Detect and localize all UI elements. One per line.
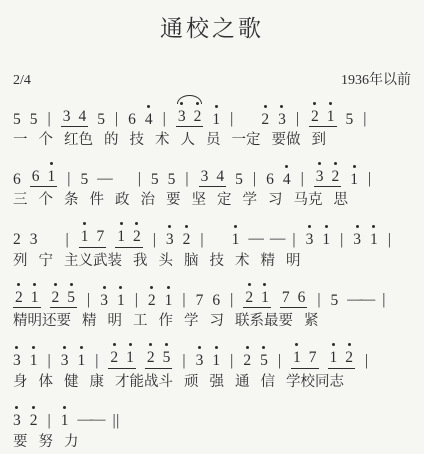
- note-number: 6: [128, 111, 136, 128]
- lyric-syllable: 技: [130, 132, 145, 149]
- lyrics-line: 精明还要精明工作学习联系最要紧: [13, 313, 411, 330]
- barline: |: [181, 353, 186, 369]
- lyric-syllable: 信: [261, 374, 276, 391]
- note-number: 5: [346, 111, 354, 128]
- note: 3: [306, 232, 314, 248]
- note: 6: [298, 290, 306, 306]
- octave-dot: [198, 346, 201, 349]
- note: 2: [243, 353, 251, 369]
- octave-dot: [113, 343, 116, 346]
- octave-dot: [15, 406, 18, 409]
- octave-dot: [32, 346, 35, 349]
- octave-dot: [356, 225, 359, 228]
- lyric-syllable: 顽: [184, 374, 199, 391]
- lyric-syllable: 努: [39, 434, 54, 451]
- octave-dot: [353, 165, 356, 168]
- sheet-music-page: 通校之歌 2/4 1936年以前 55|345|64|321|23|215|一个…: [0, 0, 424, 451]
- system: 661|5—|55|345|64|321|三个条件政治要坚定学习马克思: [13, 157, 411, 209]
- lyric-syllable: 习: [268, 192, 283, 209]
- octave-dot: [70, 283, 73, 286]
- barline: |: [300, 171, 305, 187]
- octave-dot: [185, 225, 188, 228]
- note: 3: [63, 109, 71, 125]
- note: 6: [13, 172, 21, 188]
- note-number: 1: [61, 412, 69, 429]
- duration-dash-long: ——: [77, 412, 102, 429]
- duration-dash: —: [97, 171, 110, 188]
- barline: |: [229, 292, 234, 308]
- octave-dot: [248, 283, 251, 286]
- note: 7: [96, 229, 104, 245]
- octave-dot: [17, 283, 20, 286]
- notes-line: 661|5—|55|345|64|321|: [13, 157, 411, 187]
- lyric-syllable: 主义武装: [64, 253, 122, 270]
- barline: |: [86, 292, 91, 308]
- duration-dash-long: ——: [347, 292, 372, 309]
- note: 5: [67, 290, 75, 306]
- octave-dot: [215, 346, 218, 349]
- note-number: 1: [126, 349, 134, 366]
- note-number: 3: [166, 231, 174, 248]
- notes-line: 32|1——||: [13, 399, 411, 429]
- note: 4: [216, 169, 224, 185]
- note-number: 1: [165, 292, 173, 309]
- octave-dot: [334, 162, 337, 165]
- note-number: 3: [63, 108, 71, 125]
- lyric-syllable: 列: [13, 253, 28, 270]
- octave-dot: [150, 286, 153, 289]
- note: 7: [282, 290, 290, 306]
- lyric-syllable: 马克: [294, 192, 323, 209]
- octave-dot: [33, 283, 36, 286]
- note: 3: [316, 169, 324, 185]
- lyric-syllable: 的: [104, 132, 119, 149]
- lyric-syllable: 康: [90, 374, 105, 391]
- beam-group: 17: [291, 350, 319, 369]
- beam-group: 21: [243, 290, 271, 309]
- barline: |: [162, 111, 167, 127]
- note-number: 5: [163, 349, 171, 366]
- note: 5: [13, 112, 21, 128]
- note: 2: [183, 232, 191, 248]
- note: 5: [260, 353, 268, 369]
- lyrics-line: 一个红色的技术人员一定要做到: [13, 132, 411, 149]
- note-number: 1: [212, 352, 220, 369]
- lyric-syllable: 红色: [64, 132, 93, 149]
- barline: |: [229, 111, 234, 127]
- system: 55|345|64|321|23|215|一个红色的技术人员一定要做到: [13, 97, 411, 149]
- octave-dot: [168, 225, 171, 228]
- note: 1: [232, 232, 240, 248]
- lyric-syllable: 脑: [184, 253, 199, 270]
- octave-dot: [285, 165, 288, 168]
- note-number: 2: [30, 412, 38, 429]
- note-number: 6: [266, 171, 274, 188]
- lyric-syllable: 才能战斗: [115, 374, 173, 391]
- duration-dash: —: [270, 231, 283, 248]
- note-number: 5: [260, 352, 268, 369]
- barline: |: [387, 232, 392, 248]
- note-number: 2: [261, 111, 269, 128]
- note-number: 5: [151, 171, 159, 188]
- note: 1: [117, 229, 125, 245]
- note: 5: [30, 112, 38, 128]
- note-number: 7: [282, 289, 290, 306]
- note-number: 4: [78, 108, 86, 125]
- song-title: 通校之歌: [13, 10, 411, 43]
- lyric-syllable: 坚: [192, 192, 207, 209]
- note: 6: [266, 172, 274, 188]
- note: 1: [117, 293, 125, 309]
- note-number: 1: [293, 349, 301, 366]
- lyric-syllable: 精: [82, 313, 97, 330]
- duration-dash: —: [248, 231, 261, 248]
- lyric-syllable: 健: [64, 374, 79, 391]
- note-number: 1: [232, 231, 240, 248]
- note-number: 3: [13, 412, 21, 429]
- note-number: 5: [97, 111, 105, 128]
- lyric-syllable: 体: [39, 374, 54, 391]
- octave-dot: [103, 286, 106, 289]
- octave-dot: [263, 283, 266, 286]
- note-number: 1: [212, 111, 220, 128]
- note: 4: [145, 112, 153, 128]
- note: 1: [126, 350, 134, 366]
- barline: |: [381, 292, 386, 308]
- note: 1: [370, 232, 378, 248]
- slur-arc: [177, 95, 203, 104]
- lyric-syllable: 术: [235, 253, 250, 270]
- note-number: 6: [212, 292, 220, 309]
- note: 2: [52, 290, 60, 306]
- lyric-syllable: 条: [64, 192, 79, 209]
- barline: |: [277, 353, 282, 369]
- octave-dot: [165, 343, 168, 346]
- note: 1: [212, 112, 220, 128]
- lyric-syllable: 我: [133, 253, 148, 270]
- note: 3: [201, 169, 209, 185]
- octave-dot: [313, 102, 316, 105]
- note: 2: [110, 350, 118, 366]
- note-number: 2: [13, 231, 21, 248]
- beam-group: 34: [199, 169, 227, 188]
- note-number: 6: [32, 168, 40, 185]
- lyric-syllable: 要做: [272, 132, 301, 149]
- note-number: 3: [306, 231, 314, 248]
- note: 5: [163, 350, 171, 366]
- note-number: 1: [30, 352, 38, 369]
- octave-dot: [54, 283, 57, 286]
- note-number: 1: [31, 289, 39, 306]
- note: 5: [168, 172, 176, 188]
- lyric-syllable: 定: [217, 192, 232, 209]
- barline: |: [362, 111, 367, 127]
- note: 5: [151, 172, 159, 188]
- lyric-syllable: 作: [159, 313, 174, 330]
- note: 1: [322, 232, 330, 248]
- note: 7: [196, 293, 204, 309]
- system: 32|1——||要努力: [13, 399, 411, 451]
- octave-dot: [215, 105, 218, 108]
- note-number: 3: [13, 352, 21, 369]
- note-number: 5: [80, 171, 88, 188]
- barline: |: [316, 292, 321, 308]
- system: 31|31|2125|31|25|1712|身体健康才能战斗顽强通信学校同志: [13, 339, 411, 391]
- lyric-syllable: 个: [39, 192, 54, 209]
- note-number: 3: [278, 111, 286, 128]
- note-number: 7: [309, 349, 317, 366]
- note: 3: [196, 353, 204, 369]
- barline: |: [137, 171, 142, 187]
- note-number: 1: [330, 349, 338, 366]
- note: 1: [330, 350, 338, 366]
- note: 2: [194, 109, 202, 125]
- note: 1: [293, 350, 301, 366]
- barline: |: [181, 292, 186, 308]
- note: 2: [148, 293, 156, 309]
- barline: |: [295, 111, 300, 127]
- octave-dot: [147, 105, 150, 108]
- barline: |: [94, 353, 99, 369]
- notes-line: 2125|31|21|76|2176|5——|: [13, 278, 411, 308]
- note: 2: [332, 169, 340, 185]
- note: 1: [48, 169, 56, 185]
- octave-dot: [308, 225, 311, 228]
- final-barline: ||: [111, 413, 120, 429]
- lyric-syllable: 一: [13, 132, 28, 149]
- lyrics-line: 要努力: [13, 434, 411, 451]
- note-number: 2: [15, 289, 23, 306]
- note-number: 4: [145, 111, 153, 128]
- lyric-syllable: 宁: [39, 253, 54, 270]
- system: 23|1712|32|1——|31|31|列宁主义武装我头脑技术精明: [13, 218, 411, 270]
- note: 4: [283, 172, 291, 188]
- octave-dot: [63, 406, 66, 409]
- octave-dot: [167, 286, 170, 289]
- note: 2: [30, 413, 38, 429]
- note-number: 5: [67, 289, 75, 306]
- octave-dot: [264, 105, 267, 108]
- note: 5: [235, 172, 243, 188]
- lyric-syllable: 通: [235, 374, 250, 391]
- lyrics-line: 三个条件政治要坚定学习马克思: [13, 192, 411, 209]
- note-number: 2: [245, 289, 253, 306]
- note-number: 3: [353, 231, 361, 248]
- note: 3: [13, 353, 21, 369]
- note-number: 1: [77, 352, 85, 369]
- octave-dot: [149, 343, 152, 346]
- lyric-syllable: 件: [90, 192, 105, 209]
- note-number: 1: [350, 171, 358, 188]
- note: 5: [80, 172, 88, 188]
- barline: |: [184, 171, 189, 187]
- note-number: 1: [48, 168, 56, 185]
- note: 2: [147, 350, 155, 366]
- note-number: 3: [178, 108, 186, 125]
- lyric-syllable: 精: [261, 253, 276, 270]
- lyric-syllable: 个: [39, 132, 54, 149]
- note-number: 2: [194, 108, 202, 125]
- beam-group: 61: [30, 169, 58, 188]
- note-number: 2: [311, 108, 319, 125]
- octave-dot: [63, 346, 66, 349]
- octave-dot: [129, 343, 132, 346]
- note-number: 5: [13, 111, 21, 128]
- octave-dot: [318, 162, 321, 165]
- note-number: 2: [133, 228, 141, 245]
- octave-dot: [325, 225, 328, 228]
- octave-dot: [50, 162, 53, 165]
- beam-group: 21: [309, 109, 337, 128]
- lyric-syllable: 学校同志: [286, 374, 344, 391]
- note-number: 1: [117, 292, 125, 309]
- octave-dot: [80, 346, 83, 349]
- octave-dot: [280, 105, 283, 108]
- lyric-syllable: 术: [155, 132, 170, 149]
- note-number: 7: [96, 228, 104, 245]
- octave-dot: [348, 343, 351, 346]
- lyric-syllable: 力: [64, 434, 79, 451]
- note: 6: [212, 293, 220, 309]
- barline: |: [229, 353, 234, 369]
- note-number: 7: [196, 292, 204, 309]
- note: 6: [128, 112, 136, 128]
- note: 2: [311, 109, 319, 125]
- barline: |: [152, 232, 157, 248]
- beam-group: 12: [328, 350, 356, 369]
- note-number: 5: [30, 111, 38, 128]
- note: 1: [350, 172, 358, 188]
- lyric-syllable: 身: [13, 374, 28, 391]
- notes-line: 23|1712|32|1——|31|31|: [13, 218, 411, 248]
- note-number: 3: [196, 352, 204, 369]
- note-number: 1: [327, 108, 335, 125]
- beam-group: 32: [314, 169, 342, 188]
- note-number: 3: [61, 352, 69, 369]
- octave-dot: [372, 225, 375, 228]
- note-number: 3: [316, 168, 324, 185]
- note-number: 2: [332, 168, 340, 185]
- time-signature: 2/4: [13, 73, 31, 89]
- note: 2: [15, 290, 23, 306]
- note: 1: [81, 229, 89, 245]
- barline: |: [339, 232, 344, 248]
- note: 7: [309, 350, 317, 366]
- octave-dot: [295, 343, 298, 346]
- note: 2: [13, 232, 21, 248]
- barline: |: [199, 232, 204, 248]
- note-number: 3: [30, 231, 38, 248]
- note: 3: [13, 413, 21, 429]
- lyric-syllable: 头: [159, 253, 174, 270]
- note: 5: [97, 112, 105, 128]
- note-number: 3: [100, 292, 108, 309]
- note-number: 6: [13, 171, 21, 188]
- barline: |: [66, 171, 71, 187]
- lyric-syllable: 思: [334, 192, 349, 209]
- note: 4: [78, 109, 86, 125]
- note-number: 4: [283, 171, 291, 188]
- lyric-syllable: 要: [13, 434, 28, 451]
- barline: |: [367, 171, 372, 187]
- note-number: 2: [183, 231, 191, 248]
- note: 3: [30, 232, 38, 248]
- octave-dot: [120, 222, 123, 225]
- lyric-syllable: 明: [108, 313, 123, 330]
- note: 1: [327, 109, 335, 125]
- octave-dot: [83, 222, 86, 225]
- octave-dot: [234, 225, 237, 228]
- note: 1: [77, 353, 85, 369]
- lyric-syllable: 一定: [232, 132, 261, 149]
- note-number: 1: [261, 289, 269, 306]
- lyric-syllable: 要: [166, 192, 181, 209]
- note: 3: [100, 293, 108, 309]
- notes-line: 55|345|64|321|23|215|: [13, 97, 411, 127]
- lyric-syllable: 到: [312, 132, 327, 149]
- lyric-syllable: 员: [206, 132, 221, 149]
- octave-dot: [246, 346, 249, 349]
- barline: |: [252, 171, 257, 187]
- notes-line: 31|31|2125|31|25|1712|: [13, 339, 411, 369]
- octave-dot: [329, 102, 332, 105]
- lyric-syllable: 紧: [304, 313, 319, 330]
- note: 1: [261, 290, 269, 306]
- notation-systems: 55|345|64|321|23|215|一个红色的技术人员一定要做到661|5…: [13, 97, 411, 451]
- note-number: 1: [81, 228, 89, 245]
- note: 1: [165, 293, 173, 309]
- note-number: 2: [148, 292, 156, 309]
- beam-group: 12: [115, 229, 143, 248]
- octave-dot: [15, 346, 18, 349]
- octave-dot: [262, 346, 265, 349]
- barline: |: [47, 111, 52, 127]
- beam-group: 21: [108, 350, 136, 369]
- lyrics-line: 列宁主义武装我头脑技术精明: [13, 253, 411, 270]
- lyric-syllable: 人: [181, 132, 196, 149]
- barline: |: [47, 413, 52, 429]
- note: 3: [278, 112, 286, 128]
- note: 3: [61, 353, 69, 369]
- note: 2: [345, 350, 353, 366]
- lyric-syllable: 习: [210, 313, 225, 330]
- octave-dot: [32, 406, 35, 409]
- barline: |: [134, 292, 139, 308]
- lyric-syllable: 政: [115, 192, 130, 209]
- beam-group: 25: [50, 290, 78, 309]
- octave-dot: [135, 222, 138, 225]
- note-number: 1: [117, 228, 125, 245]
- lyric-syllable: 精明还要: [13, 313, 71, 330]
- note-number: 2: [110, 349, 118, 366]
- beam-group: 34: [61, 109, 89, 128]
- beam-group: 25: [145, 350, 173, 369]
- beam-group: 21: [13, 290, 41, 309]
- lyric-syllable: 联系最要: [235, 313, 293, 330]
- beam-group: 32: [176, 109, 204, 128]
- note-number: 1: [370, 231, 378, 248]
- note-number: 3: [201, 168, 209, 185]
- barline: |: [114, 111, 119, 127]
- lyric-syllable: 技: [210, 253, 225, 270]
- note: 1: [61, 413, 69, 429]
- barline: |: [364, 353, 369, 369]
- note: 1: [30, 353, 38, 369]
- lyric-syllable: 工: [133, 313, 148, 330]
- note-number: 2: [243, 352, 251, 369]
- octave-dot: [332, 343, 335, 346]
- note-number: 5: [331, 292, 339, 309]
